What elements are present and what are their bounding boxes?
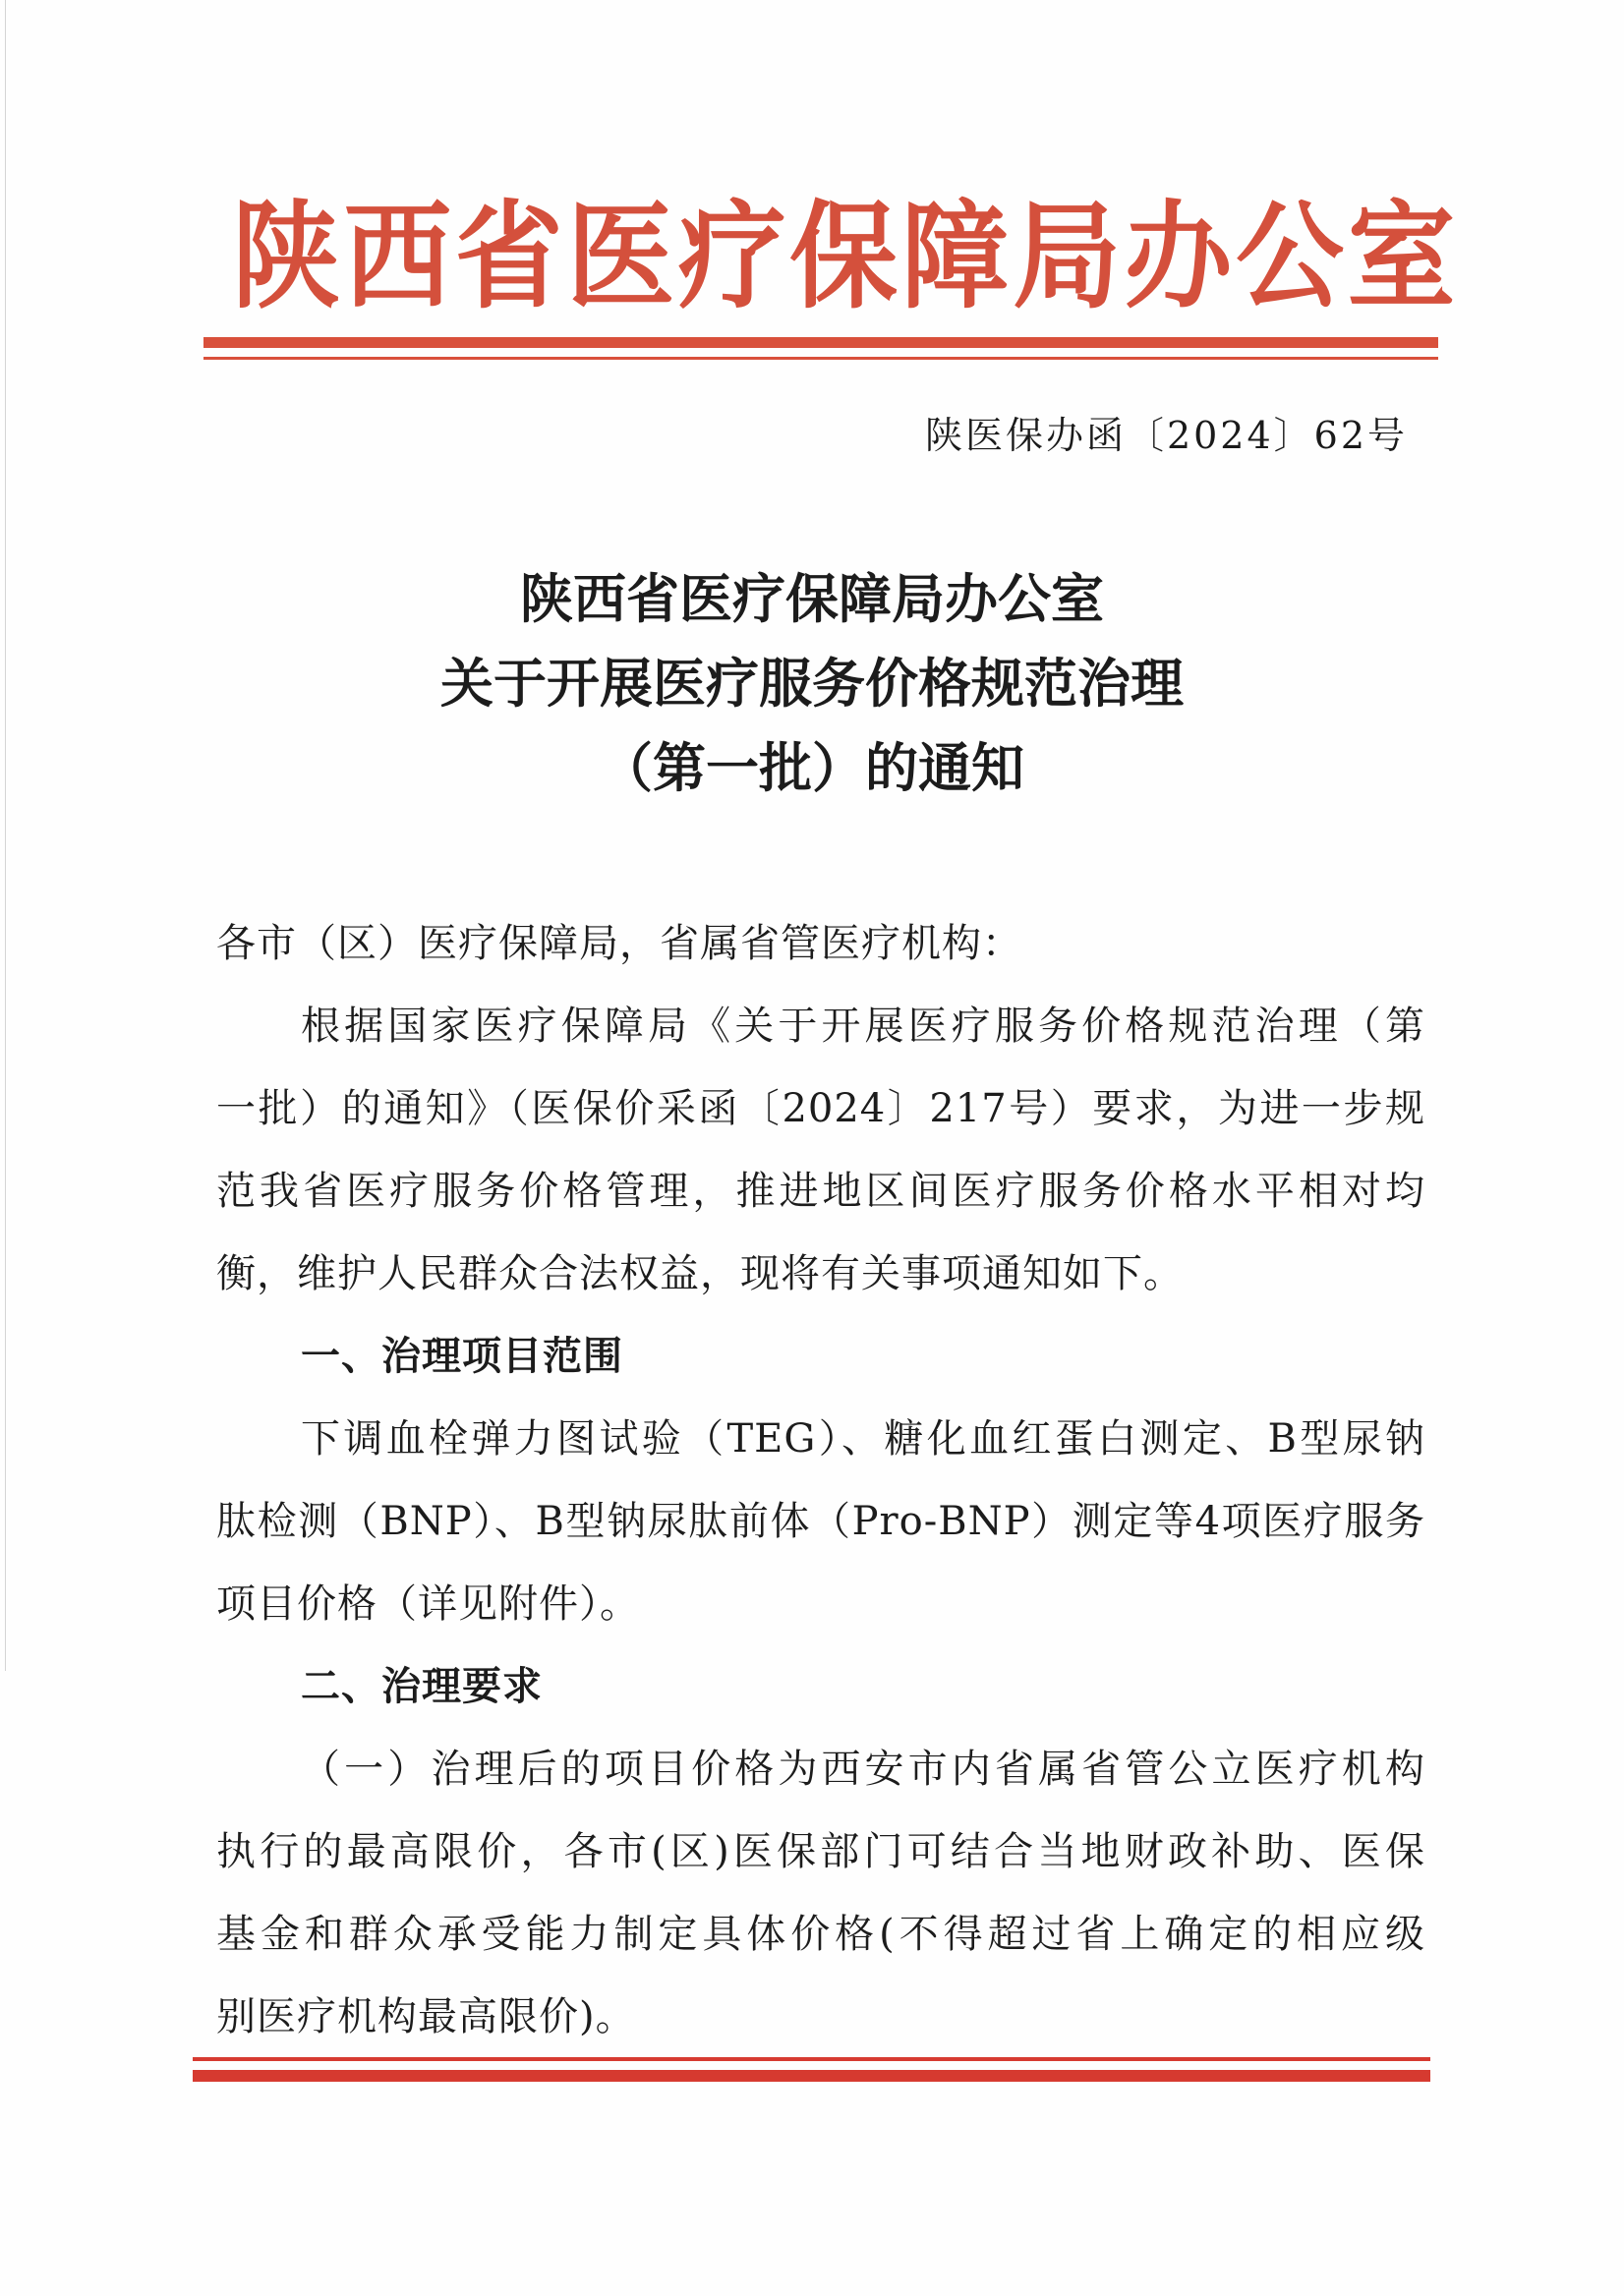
document-page: 陕西省医疗保障局办公室 陕医保办函〔2024〕62号 陕西省医疗保障局办公室 关… bbox=[0, 0, 1624, 2296]
section-2-line-3: 基金和群众承受能力制定具体价格(不得超过省上确定的相应级 bbox=[216, 1893, 1425, 1976]
masthead-rule-thick bbox=[203, 337, 1438, 348]
document-body: 各市（区）医疗保障局，省属省管医疗机构： 根据国家医疗保障局《关于开展医疗服务价… bbox=[216, 902, 1425, 2058]
section-1-line-2: 肽检测（BNP）、B型钠尿肽前体（Pro-BNP）测定等4项医疗服务 bbox=[216, 1480, 1425, 1563]
title-line-3: （第一批）的通知 bbox=[0, 725, 1624, 810]
salutation: 各市（区）医疗保障局，省属省管医疗机构： bbox=[216, 902, 1425, 985]
footer-rule-thin bbox=[193, 2057, 1430, 2061]
section-2-line-2: 执行的最高限价，各市(区)医保部门可结合当地财政补助、医保 bbox=[216, 1810, 1425, 1893]
masthead-rule-thin bbox=[203, 357, 1438, 360]
intro-line-4: 衡，维护人民群众合法权益，现将有关事项通知如下。 bbox=[216, 1233, 1425, 1315]
section-2-line-4: 别医疗机构最高限价)。 bbox=[216, 1976, 1425, 2058]
footer-rule-thick bbox=[193, 2070, 1430, 2082]
section-1-heading: 一、治理项目范围 bbox=[216, 1315, 1425, 1398]
intro-line-3: 范我省医疗服务价格管理，推进地区间医疗服务价格水平相对均 bbox=[216, 1150, 1425, 1233]
section-2-heading: 二、治理要求 bbox=[216, 1645, 1425, 1728]
document-number: 陕医保办函〔2024〕62号 bbox=[925, 411, 1408, 460]
title-line-2: 关于开展医疗服务价格规范治理 bbox=[0, 641, 1624, 725]
section-2-line-1: （一）治理后的项目价格为西安市内省属省管公立医疗机构 bbox=[216, 1728, 1425, 1810]
intro-line-1: 根据国家医疗保障局《关于开展医疗服务价格规范治理（第 bbox=[216, 985, 1425, 1067]
section-1-line-3: 项目价格（详见附件）。 bbox=[216, 1563, 1425, 1645]
intro-line-2: 一批）的通知》（医保价采函〔2024〕217号）要求，为进一步规 bbox=[216, 1067, 1425, 1150]
section-1-line-1: 下调血栓弹力图试验（TEG）、糖化血红蛋白测定、B型尿钠 bbox=[216, 1398, 1425, 1480]
masthead-org-name: 陕西省医疗保障局办公室 bbox=[232, 193, 1329, 320]
title-line-1: 陕西省医疗保障局办公室 bbox=[0, 556, 1624, 641]
document-title: 陕西省医疗保障局办公室 关于开展医疗服务价格规范治理 （第一批）的通知 bbox=[0, 556, 1624, 810]
scan-edge-line bbox=[5, 0, 6, 1671]
